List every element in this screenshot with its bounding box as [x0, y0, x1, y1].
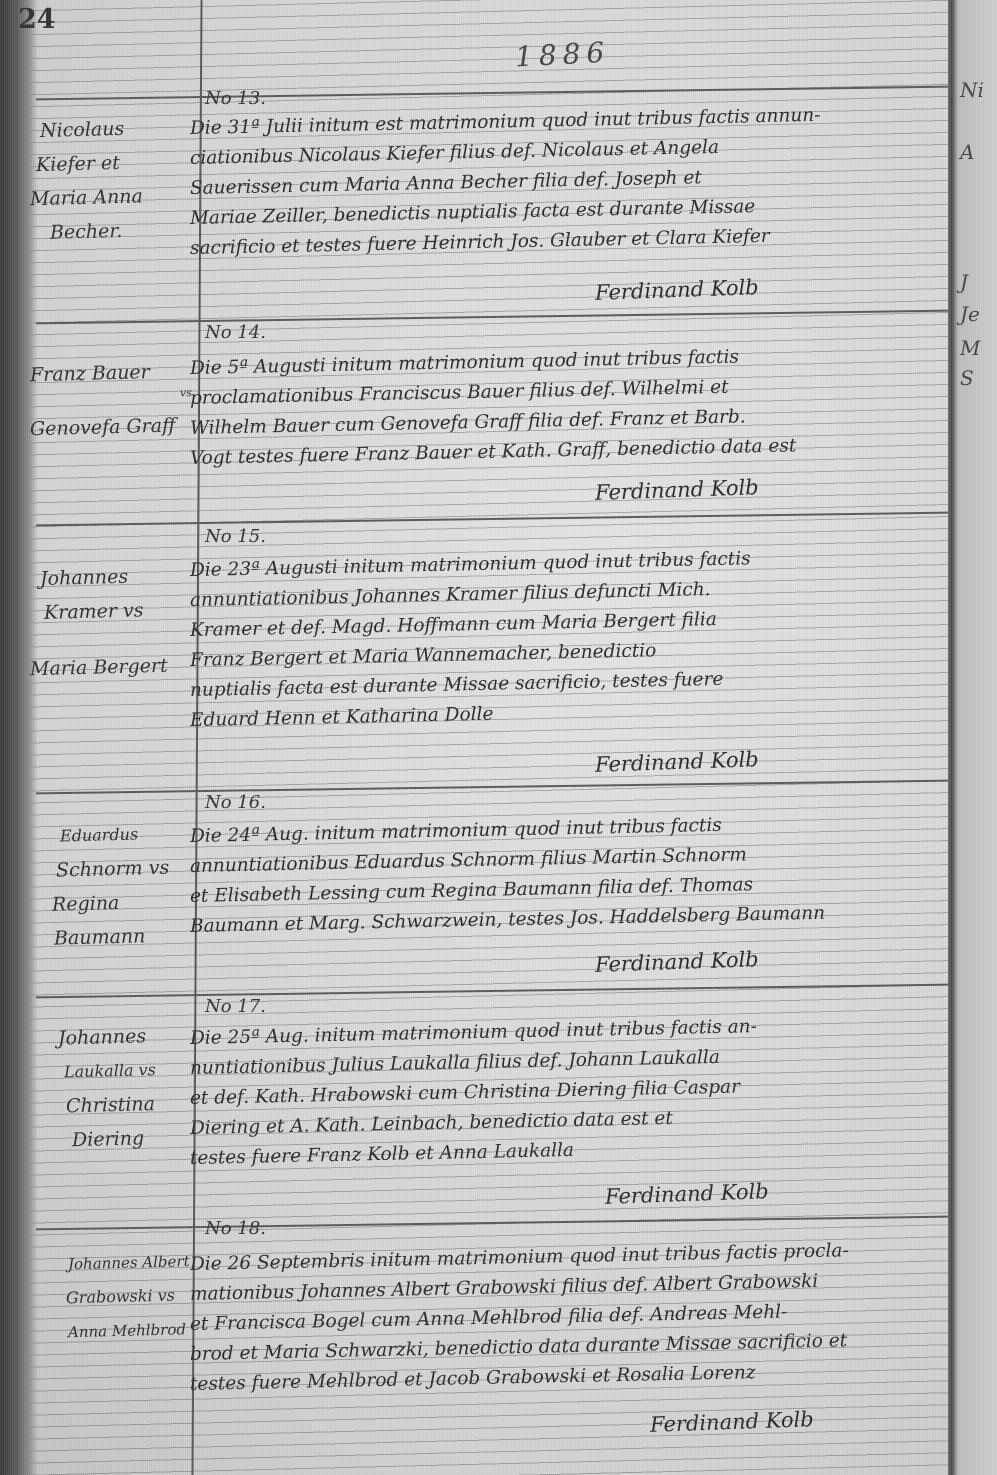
entry-names: Eduardus Schnorm vs Regina Baumann — [30, 818, 205, 954]
name-line: Grabowski vs — [30, 1278, 206, 1317]
entry-names: Johannes Laukalla vs Christina Diering — [30, 1020, 205, 1156]
priest-signature: Ferdinand Kolb — [595, 475, 759, 505]
priest-signature: Ferdinand Kolb — [595, 947, 759, 977]
name-line: Eduardus — [30, 816, 206, 855]
priest-signature: Ferdinand Kolb — [605, 1179, 769, 1209]
name-line: Genovefa Graff — [30, 408, 206, 447]
name-line: Anna Mehlbrod — [30, 1312, 206, 1351]
name-line: Kiefer et — [30, 144, 206, 183]
facing-page-gutter — [948, 0, 997, 1475]
margin-fragment: Je — [960, 302, 980, 326]
margin-fragment: M — [960, 336, 980, 360]
priest-signature: Ferdinand Kolb — [595, 275, 759, 305]
entry-text: Die 5ª Augusti initum matrimonium quod i… — [190, 354, 945, 474]
entry-names: Nicolaus Kiefer et Maria Anna Becher. — [30, 112, 205, 248]
priest-signature: Ferdinand Kolb — [650, 1407, 814, 1437]
name-line: Johannes — [30, 1018, 206, 1057]
margin-fragment: A — [960, 140, 974, 164]
entry-number: No 13. — [205, 88, 266, 109]
name-line: Schnorm vs — [30, 850, 206, 889]
name-line: Johannes Albert — [30, 1244, 206, 1283]
entry-divider — [36, 512, 948, 527]
entry-names: Franz Bauer vs Genovefa Graff — [30, 356, 205, 444]
entry-number: No 14. — [205, 322, 266, 343]
entry-number: No 15. — [205, 526, 266, 547]
left-margin-rule — [16, 0, 18, 1475]
name-line: Regina — [30, 884, 206, 923]
margin-fragment: S — [960, 366, 974, 390]
name-line: Becher. — [30, 212, 206, 251]
entry-text: Die 23ª Augusti initum matrimonium quod … — [190, 556, 945, 736]
entry-text: Die 24ª Aug. initum matrimonium quod inu… — [190, 822, 945, 942]
entry-divider — [36, 984, 948, 999]
page-number: 24 — [18, 4, 56, 35]
name-line: Christina — [30, 1086, 206, 1125]
entry-text: Die 26 Septembris initum matrimonium quo… — [190, 1250, 945, 1400]
name-line: Nicolaus — [30, 110, 206, 149]
entry-divider — [36, 780, 948, 795]
entry-divider — [36, 310, 948, 325]
margin-fragment: Ni — [960, 78, 984, 102]
entry-names: Johannes Albert Grabowski vs Anna Mehlbr… — [30, 1246, 205, 1348]
header-divider — [36, 86, 948, 101]
entry-names: Johannes Kramer vs Maria Bergert — [30, 560, 205, 684]
entry-text: Die 25ª Aug. initum matrimonium quod inu… — [190, 1024, 945, 1174]
entry-text: Die 31ª Julii initum est matrimonium quo… — [190, 114, 945, 264]
entry-divider — [36, 1216, 948, 1231]
priest-signature: Ferdinand Kolb — [595, 747, 759, 777]
name-line: Johannes — [30, 558, 206, 597]
entry-number: No 18. — [205, 1218, 266, 1239]
entry-number: No 16. — [205, 792, 266, 813]
name-line: Kramer vs — [30, 592, 206, 631]
name-line: Maria Bergert — [30, 648, 206, 687]
margin-fragment: J — [960, 270, 968, 294]
entry-number: No 17. — [205, 996, 266, 1017]
name-line: Baumann — [30, 918, 206, 957]
register-page: 24 1886 No 13. Nicolaus Kiefer et Maria … — [0, 0, 997, 1475]
name-line: Diering — [30, 1120, 206, 1159]
register-year: 1886 — [514, 36, 611, 74]
name-line: Maria Anna — [30, 178, 206, 217]
name-line: Laukalla vs — [30, 1052, 206, 1091]
